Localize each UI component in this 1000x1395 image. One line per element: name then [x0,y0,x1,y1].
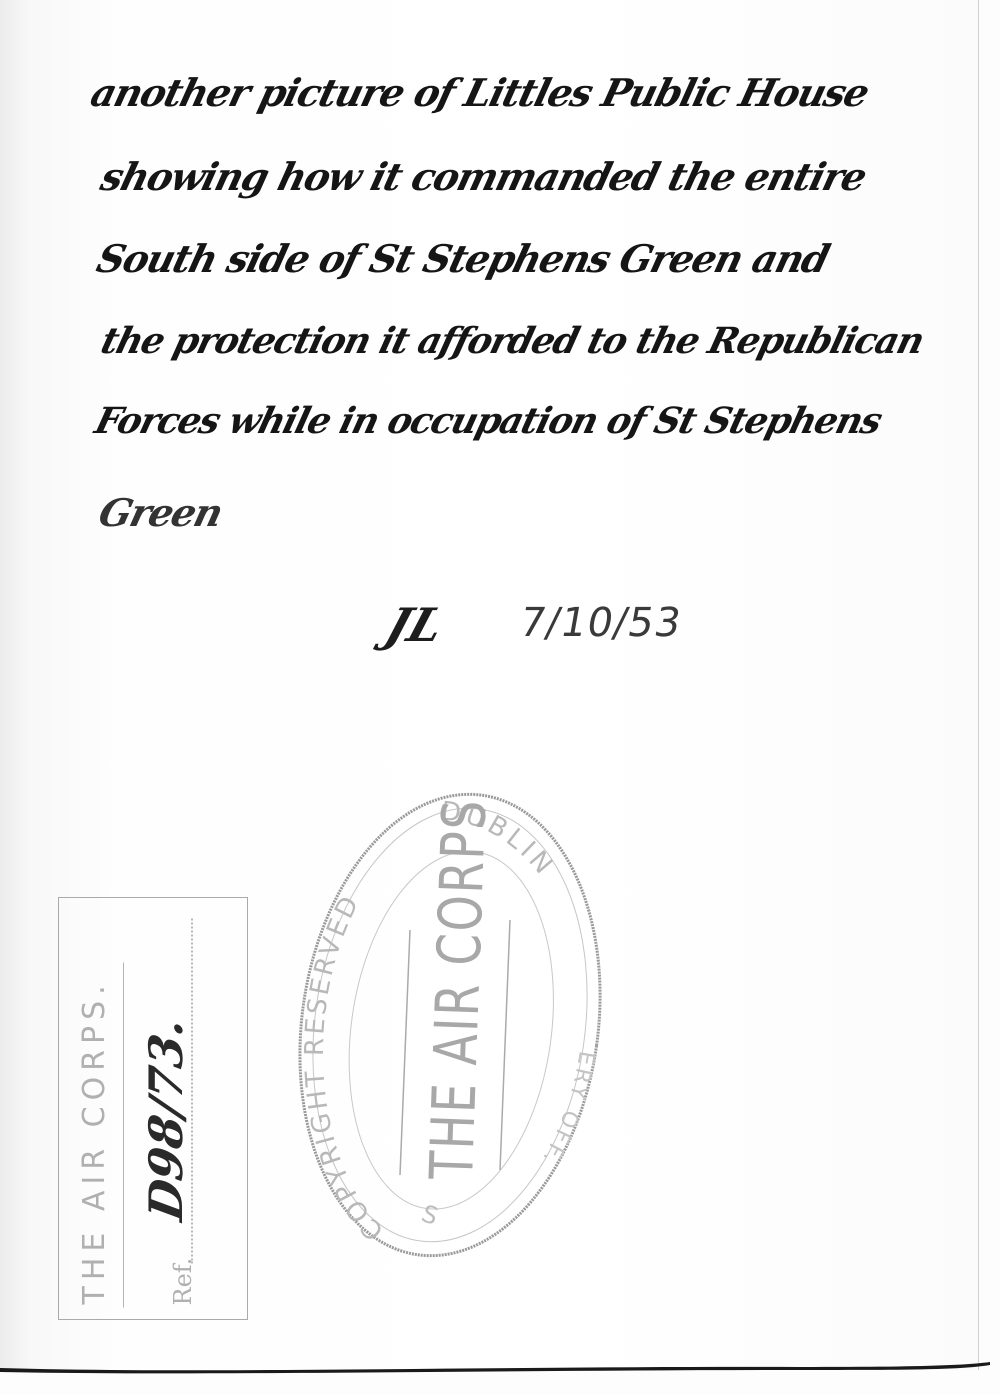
note-line: another picture of Littles Public House [86,70,873,115]
note-date: 7/10/53 [516,600,685,646]
copyright-oval-stamp: COPYRIGHT RESERVED DUBLIN ERY OFF. S THE… [290,780,610,1270]
note-line: Green [94,490,226,535]
ref-number: D98/73. [139,1014,193,1224]
ref-stamp-title: THE AIR CORPS. [77,979,112,1304]
note-line: Forces while in occupation of St Stephen… [91,400,885,442]
paper-bottom-edge [0,1362,1000,1376]
ref-label: Ref. [169,1257,197,1305]
note-line: the protection it afforded to the Republ… [97,320,928,362]
note-line: showing how it commanded the entire [96,154,870,199]
ref-stamp-underline [123,962,124,1307]
stamp-office-text: ERY OFF. [536,1049,599,1170]
note-line: South side of St Stephens Green and [92,236,833,281]
stamp-s-text: S [418,1199,442,1231]
air-corps-ref-stamp: THE AIR CORPS. Ref. D98/73. [58,897,248,1320]
svg-text:COPYRIGHT RESERVED: COPYRIGHT RESERVED [300,889,390,1246]
stamp-center-text: THE AIR CORPS [416,797,500,1181]
svg-text:ERY OFF.: ERY OFF. [536,1049,599,1170]
stamp-copyright-text: COPYRIGHT RESERVED [300,889,390,1246]
